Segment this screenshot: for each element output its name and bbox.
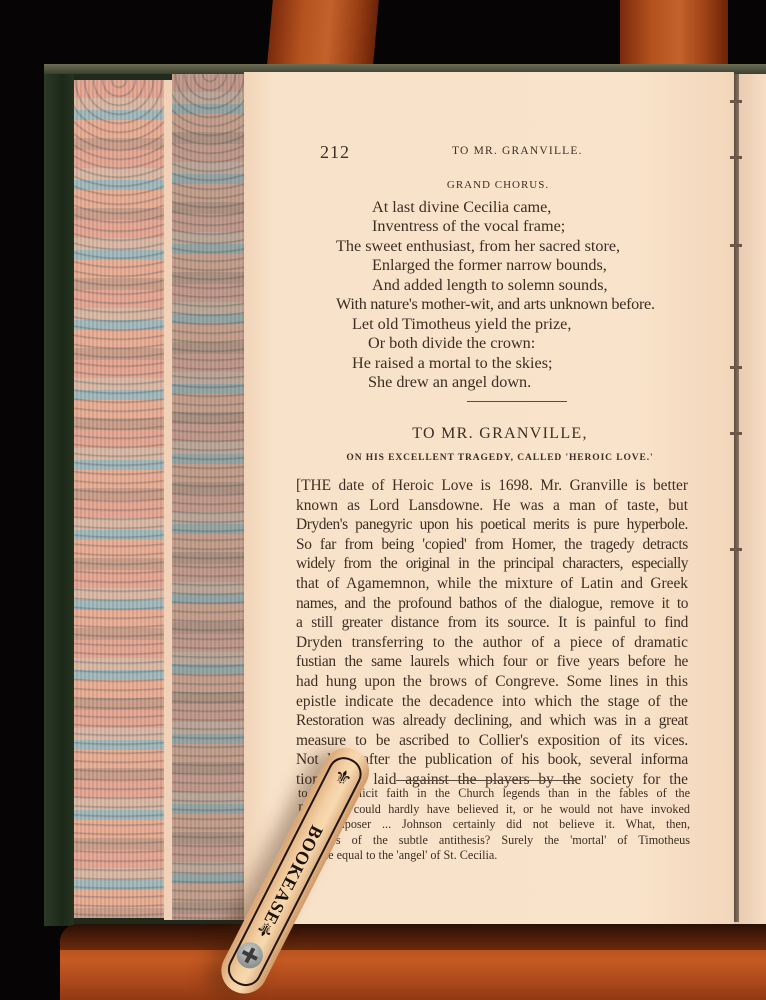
- binding-stitch: [730, 366, 742, 369]
- prose-line: Restoration was already declining, and w…: [296, 711, 688, 731]
- marbled-page-edge: [74, 80, 164, 918]
- binding-stitch: [730, 244, 742, 247]
- poem-block: GRAND CHORUS. At last divine Cecilia cam…: [330, 176, 710, 393]
- poem-line: Let old Timotheus yield the prize,: [330, 315, 710, 335]
- poem-line: Inventress of the vocal frame;: [330, 217, 710, 237]
- binding-stitch: [730, 432, 742, 435]
- easel-ledge-shadow: [60, 924, 766, 950]
- binding-stitch: [730, 156, 742, 159]
- prose-line: had hung upon the brows of Congreve. Som…: [296, 672, 688, 692]
- prose-line: epistle indicate the decadence into whic…: [296, 692, 688, 712]
- page-number: 212: [320, 142, 350, 163]
- poem-line: Or both divide the crown:: [330, 334, 710, 354]
- poem-line: And added length to solemn sounds,: [330, 276, 710, 296]
- prose-line: names, and the profound bathos of the di…: [296, 594, 688, 614]
- prose-line: measure to be ascribed to Collier's expo…: [296, 731, 688, 751]
- footnote-line: Pantheon, could hardly have believed it,…: [298, 802, 690, 818]
- poem-line: At last divine Cecilia came,: [330, 198, 710, 218]
- prose-line: Dryden's panegyric upon his poetical mer…: [296, 515, 688, 535]
- prose-line: that of Agamemnon, while the mixture of …: [296, 574, 688, 594]
- prose-line: widely from the original in the principa…: [296, 554, 688, 574]
- prose-line: So far from being 'copied' from Homer, t…: [296, 535, 688, 555]
- fleur-de-lis-icon: ⚜: [329, 762, 356, 792]
- section-heading: TO MR. GRANVILLE,: [300, 425, 700, 443]
- prose-line: known as Lord Lansdowne. He was a man of…: [296, 496, 688, 516]
- poem-line: Enlarged the former narrow bounds,: [330, 256, 710, 276]
- footnote-line: the composer ... Johnson certainly did n…: [298, 817, 690, 833]
- prose-line: Dryden transferring to the author of a p…: [296, 633, 688, 653]
- binding-stitch: [730, 548, 742, 551]
- binding-stitch: [730, 100, 742, 103]
- section-divider: [467, 401, 567, 402]
- footnote-rule: [396, 780, 576, 781]
- prose-line: [THE date of Heroic Love is 1698. Mr. Gr…: [296, 476, 688, 496]
- poem-title: GRAND CHORUS.: [286, 176, 710, 196]
- poem-line: With nature's mother-wit, and arts unkno…: [330, 295, 710, 315]
- section-subheading: ON HIS EXCELLENT TRAGEDY, CALLED 'HEROIC…: [300, 453, 700, 463]
- prose-line: fustian the same laurels which four or f…: [296, 652, 688, 672]
- book-spine-edge: [44, 66, 74, 926]
- page-edge-gap: [164, 80, 172, 920]
- poem-line: He raised a mortal to the skies;: [330, 354, 710, 374]
- running-head: TO MR. GRANVILLE.: [452, 145, 583, 157]
- page-gutter: [734, 74, 739, 922]
- footnote-line: is quite equal to the 'angel' of St. Cec…: [298, 848, 690, 864]
- poem-line: The sweet enthusiast, from her sacred st…: [330, 237, 710, 257]
- prose-line: a still greater distance from its source…: [296, 613, 688, 633]
- introduction-text: [THE date of Heroic Love is 1698. Mr. Gr…: [296, 476, 688, 790]
- marbled-page-edge-faded: [172, 74, 248, 920]
- poem-line: She drew an angel down.: [330, 373, 710, 393]
- footnote-line: becomes of the subtle antithesis? Surely…: [298, 833, 690, 849]
